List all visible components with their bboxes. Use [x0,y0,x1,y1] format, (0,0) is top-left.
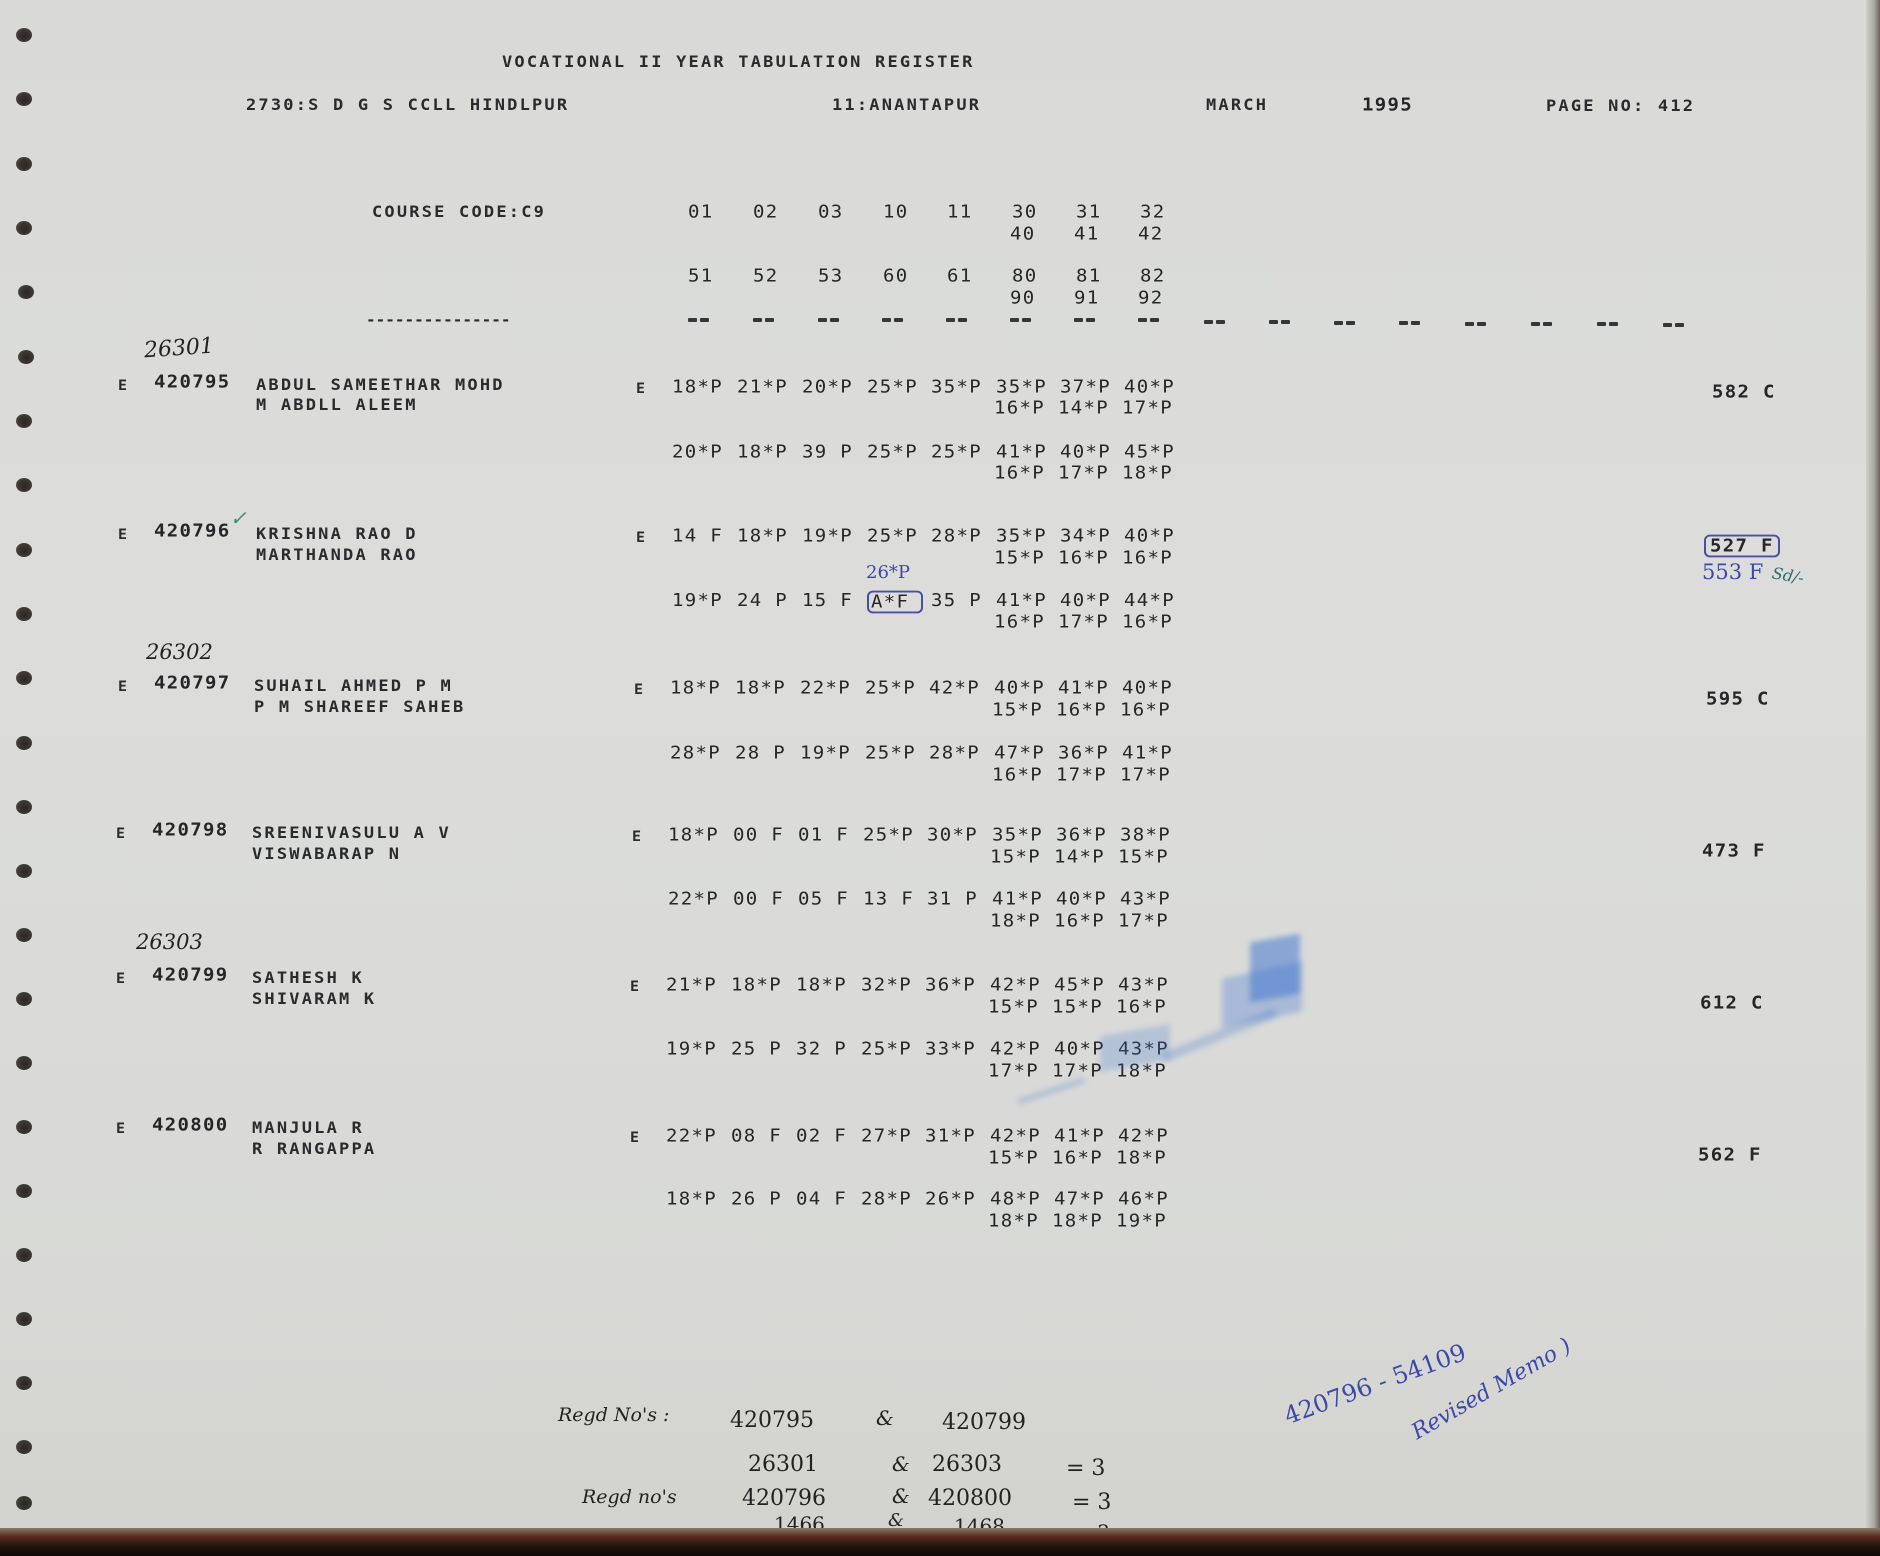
binding-hole [16,1376,32,1390]
dash-separator [1465,322,1487,326]
year1-marks: 18*P 18*P 22*P 25*P 42*P 40*P 41*P 40*P [670,678,1186,698]
check-mark-icon: ✓ [230,506,247,530]
record-prefix: E [118,677,130,696]
record-prefix: E [118,376,130,395]
dash-separator [1334,321,1356,325]
marks-prefix: E [636,379,648,398]
reg-number: 420798 [152,821,228,840]
dash-separator [946,318,968,322]
struck-mark: A*F [867,591,923,614]
father-name: P M SHAREEF SAHEB [254,698,465,717]
year2-extra-marks: 16*P 17*P 16*P [994,612,1186,632]
exam-year: 1995 [1362,96,1413,115]
dash-separator [688,318,710,322]
dash-separator [1399,321,1421,325]
binding-hole [16,607,32,621]
year2-extra-marks: 16*P 17*P 17*P [992,765,1184,785]
binding-hole [16,1120,32,1134]
reg-number: 420799 [152,966,228,985]
reg-number: 420796 [154,522,230,541]
dash-separator [753,318,775,322]
father-name: MARTHANDA RAO [256,546,418,565]
total-result: 582 C [1712,383,1776,402]
father-name: M ABDLL ALEEM [256,396,418,415]
binding-hole [16,864,32,878]
total-result: 612 C [1700,994,1764,1013]
record-prefix: E [118,525,130,544]
dash-separator [1269,320,1291,324]
marks-prefix: E [630,1128,642,1147]
dash-separator [1597,322,1619,326]
record-prefix: E [116,1119,128,1138]
dash-separator [1138,318,1160,322]
handwritten-serial: 26302 [146,640,213,664]
district-name: 11:ANANTAPUR [832,96,981,115]
binding-hole [16,1312,32,1326]
year2-marks: 19*P 24 P 15 F A*F 35 P 41*P 40*P 44*P [672,590,1188,614]
year1-marks: 21*P 18*P 18*P 32*P 36*P 42*P 45*P 43*P [666,975,1182,995]
father-name: VISWABARAP N [252,845,401,864]
record-prefix: E [116,969,128,988]
student-name: KRISHNA RAO D [256,525,418,544]
year1-extra-marks: 15*P 16*P 16*P [992,700,1184,720]
dash-separator [818,318,840,322]
handwritten-serial: 26301 [143,334,215,364]
dash-separator [882,318,904,322]
year2-extra-marks: 18*P 16*P 17*P [990,911,1182,931]
binding-hole [16,1440,32,1454]
revised-total: 553 F [1702,560,1763,584]
binding-hole [16,1184,32,1198]
subject-codes-row-1: 01 02 03 10 11 30 31 32 [688,202,1204,222]
page-number: PAGE NO: 412 [1546,97,1695,116]
handwritten-serial: 26303 [136,930,203,954]
student-name: SREENIVASULU A V [252,824,451,843]
year2-marks: 18*P 26 P 04 F 28*P 26*P 48*P 47*P 46*P [666,1189,1182,1209]
course-dash-rule: --------------- [366,311,511,330]
binding-hole [16,1496,32,1510]
total-result: 562 F [1698,1146,1762,1165]
binding-hole [16,992,32,1006]
book-edge [0,1528,1880,1556]
year1-extra-marks: 15*P 16*P 18*P [988,1148,1180,1168]
dash-separator [1663,323,1685,327]
binding-hole [18,285,34,299]
dash-separator [1531,322,1553,326]
binding-hole [16,221,32,235]
binding-hole [16,671,32,685]
register-page: VOCATIONAL II YEAR TABULATION REGISTER 2… [0,0,1876,1535]
year2-marks: 28*P 28 P 19*P 25*P 28*P 47*P 36*P 41*P [670,743,1186,763]
subject-codes-row-2: 51 52 53 60 61 80 81 82 [688,266,1204,286]
marks-prefix: E [636,528,648,547]
year2-extra-marks: 17*P 17*P 18*P [988,1061,1180,1081]
total-result: 595 C [1706,690,1770,709]
exam-month: MARCH [1206,96,1268,115]
father-name: R RANGAPPA [252,1140,376,1159]
year2-marks: 20*P 18*P 39 P 25*P 25*P 41*P 40*P 45*P [672,442,1188,462]
year1-extra-marks: 15*P 14*P 15*P [990,847,1182,867]
binding-hole [18,350,34,364]
handwritten-correction: 26*P [866,562,910,583]
reg-number: 420800 [152,1116,228,1135]
subject-codes-row-1b: 40 41 42 [1010,224,1202,244]
binding-hole [16,157,32,171]
year1-marks: 18*P 00 F 01 F 25*P 30*P 35*P 36*P 38*P [668,825,1184,845]
dash-separator [1204,320,1226,324]
binding-hole [16,414,32,428]
year2-extra-marks: 18*P 18*P 19*P [988,1211,1180,1231]
binding-hole [16,1056,32,1070]
student-name: ABDUL SAMEETHAR MOHD [256,376,505,395]
year2-extra-marks: 16*P 17*P 18*P [994,463,1186,483]
year1-extra-marks: 15*P 16*P 16*P [994,548,1186,568]
record-prefix: E [116,824,128,843]
marks-prefix: E [632,827,644,846]
binding-hole [16,928,32,942]
year1-marks: 18*P 21*P 20*P 25*P 35*P 35*P 37*P 40*P [672,377,1188,397]
college-name: 2730:S D G S CCLL HINDLPUR [246,96,569,115]
dash-separator [1074,318,1096,322]
binding-hole [16,736,32,750]
student-name: SATHESH K [252,969,364,988]
binding-hole [16,478,32,492]
subject-codes-row-2b: 90 91 92 [1010,288,1202,308]
binding-hole [16,543,32,557]
binding-hole [16,800,32,814]
year1-extra-marks: 15*P 15*P 16*P [988,997,1180,1017]
register-title: VOCATIONAL II YEAR TABULATION REGISTER [502,53,975,72]
binding-hole [16,1248,32,1262]
student-name: MANJULA R [252,1119,364,1138]
reg-number: 420795 [154,373,230,392]
total-result: 527 F [1704,535,1780,558]
binding-hole [16,28,32,42]
father-name: SHIVARAM K [252,990,376,1009]
year1-extra-marks: 16*P 14*P 17*P [994,398,1186,418]
binding-hole [16,92,32,106]
year1-marks: 14 F 18*P 19*P 25*P 28*P 35*P 34*P 40*P [672,526,1188,546]
dash-separator [1010,318,1032,322]
total-result: 473 F [1702,842,1766,861]
reg-number: 420797 [154,674,230,693]
student-name: SUHAIL AHMED P M [254,677,453,696]
initials-signature: Sd/- [1771,563,1806,587]
marks-prefix: E [630,977,642,996]
page-edge [1866,0,1880,1540]
year1-marks: 22*P 08 F 02 F 27*P 31*P 42*P 41*P 42*P [666,1126,1182,1146]
marks-prefix: E [634,680,646,699]
year2-marks: 22*P 00 F 05 F 13 F 31 P 41*P 40*P 43*P [668,889,1184,909]
course-code: COURSE CODE:C9 [372,203,546,222]
regd-nos-label: Regd No's : [558,1404,669,1426]
